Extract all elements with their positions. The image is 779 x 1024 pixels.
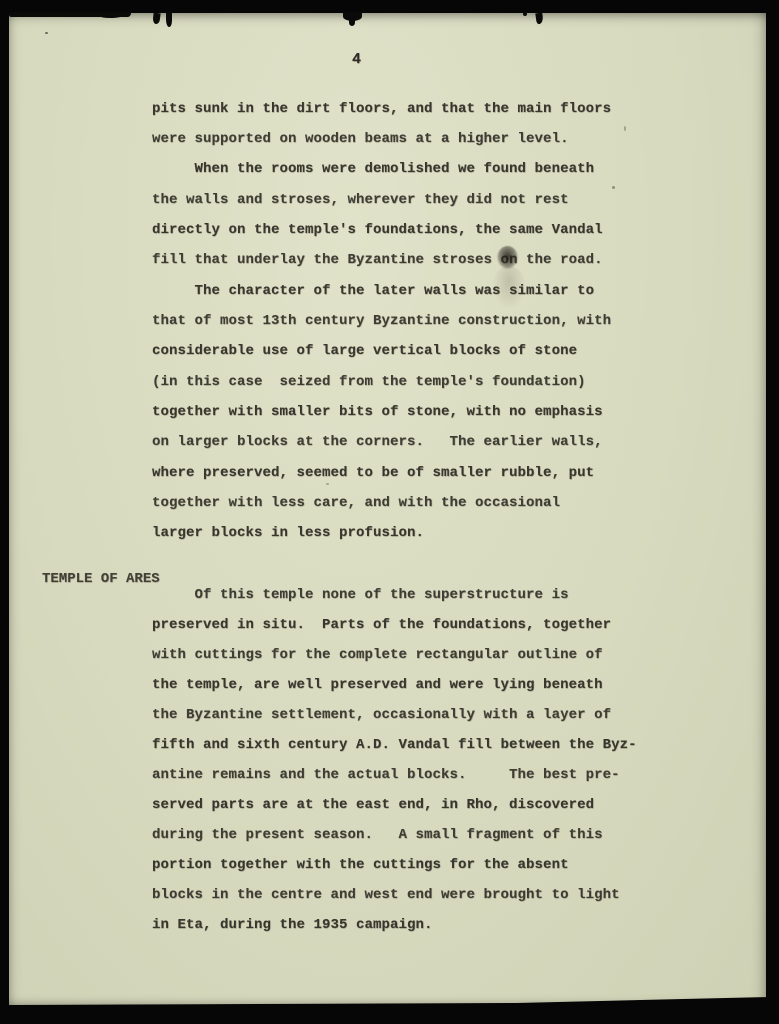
- scan-speck: [45, 32, 48, 34]
- typed-line: during the present season. A small fragm…: [152, 827, 603, 843]
- typed-line: together with smaller bits of stone, wit…: [152, 404, 603, 420]
- typed-line: preserved in situ. Parts of the foundati…: [152, 617, 611, 633]
- typed-line: antine remains and the actual blocks. Th…: [152, 767, 620, 783]
- typed-line: (in this case seized from the temple's f…: [152, 374, 586, 390]
- typed-line: pits sunk in the dirt floors, and that t…: [152, 101, 611, 117]
- typed-line: the Byzantine settlement, occasionally w…: [152, 707, 611, 723]
- typed-line: fifth and sixth century A.D. Vandal fill…: [152, 737, 637, 753]
- typed-line: Of this temple none of the superstructur…: [152, 587, 569, 603]
- typed-line: were supported on wooden beams at a high…: [152, 131, 569, 147]
- typed-line: that of most 13th century Byzantine cons…: [152, 313, 611, 329]
- typed-line: with cuttings for the complete rectangul…: [152, 647, 603, 663]
- typed-line: on larger blocks at the corners. The ear…: [152, 434, 603, 450]
- ink-smear: [492, 266, 526, 310]
- typed-line: fill that underlay the Byzantine stroses…: [152, 252, 603, 268]
- typed-line: portion together with the cuttings for t…: [152, 857, 569, 873]
- typed-line: the temple, are well preserved and were …: [152, 677, 603, 693]
- typed-line: where preserved, seemed to be of smaller…: [152, 465, 594, 481]
- scan-speck: [612, 186, 615, 189]
- typed-line: larger blocks in less profusion.: [152, 525, 424, 541]
- typed-line: The character of the later walls was sim…: [152, 283, 594, 299]
- typed-lines-layer: pits sunk in the dirt floors, and that t…: [0, 0, 779, 1024]
- scanned-page: 4 TEMPLE OF ARES pits sunk in the dirt f…: [0, 0, 779, 1024]
- typed-line: together with less care, and with the oc…: [152, 495, 560, 511]
- typed-line: the walls and stroses, wherever they did…: [152, 192, 569, 208]
- typed-line: directly on the temple's foundations, th…: [152, 222, 603, 238]
- typed-line: served parts are at the east end, in Rho…: [152, 797, 594, 813]
- typed-line: considerable use of large vertical block…: [152, 343, 577, 359]
- typed-line: blocks in the centre and west end were b…: [152, 887, 620, 903]
- typed-line: in Eta, during the 1935 campaign.: [152, 917, 433, 933]
- scan-speck: [326, 483, 329, 485]
- scan-speck: [624, 126, 626, 131]
- typed-line: When the rooms were demolished we found …: [152, 161, 594, 177]
